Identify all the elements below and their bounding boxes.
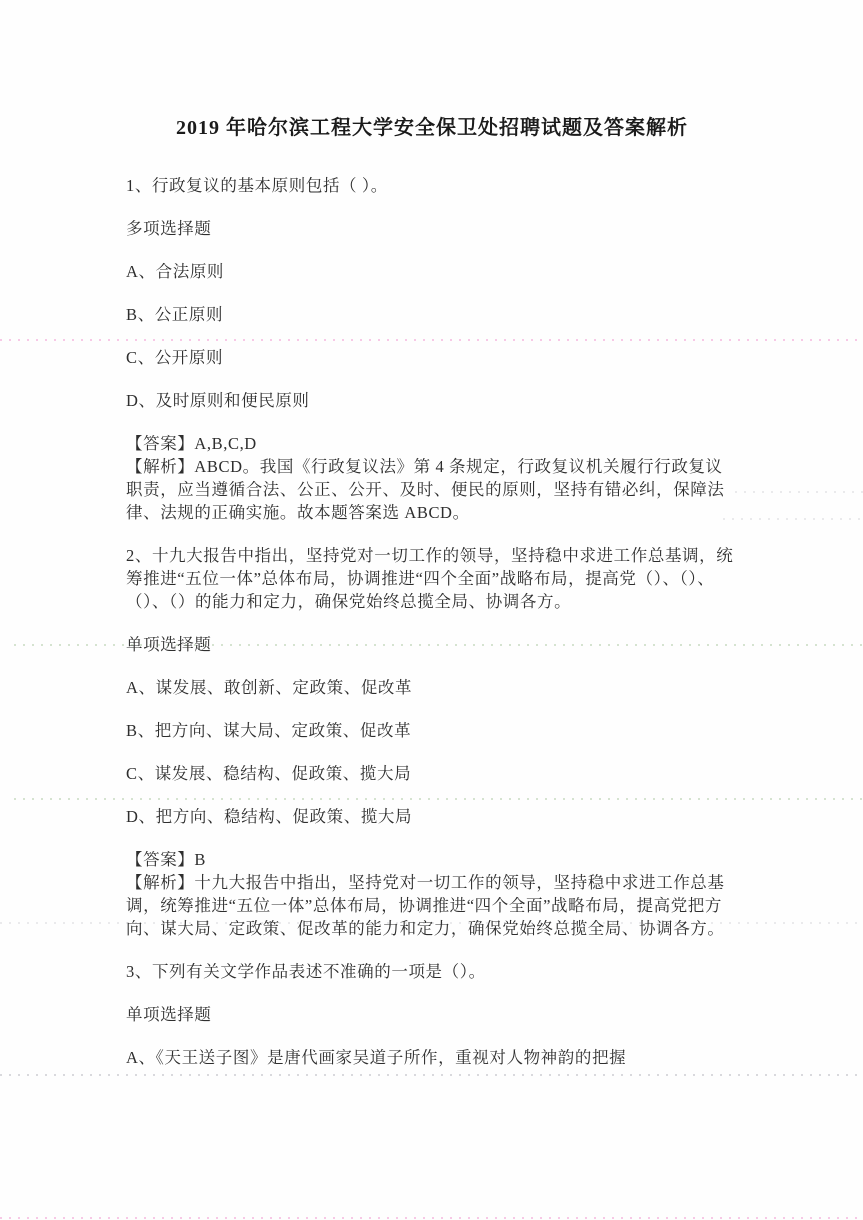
question-type-label: 多项选择题	[126, 217, 738, 240]
question-stem: 2、十九大报告中指出，坚持党对一切工作的领导，坚持稳中求进工作总基调，统筹推进“…	[126, 544, 738, 613]
question-block-3: 3、下列有关文学作品表述不准确的一项是（）。 单项选择题 A、《天王送子图》是唐…	[126, 960, 738, 1069]
analysis-text: 【解析】十九大报告中指出，坚持党对一切工作的领导，坚持稳中求进工作总基调，统筹推…	[126, 871, 738, 940]
option-b: B、把方向、谋大局、定政策、促改革	[126, 719, 738, 742]
question-type-label: 单项选择题	[126, 633, 738, 656]
scan-artifact-line	[723, 518, 863, 520]
option-d: D、及时原则和便民原则	[126, 389, 738, 412]
question-stem: 1、行政复议的基本原则包括（ ）。	[126, 174, 738, 197]
scan-artifact-line	[0, 1217, 863, 1219]
document-title: 2019 年哈尔滨工程大学安全保卫处招聘试题及答案解析	[126, 113, 738, 143]
scan-artifact-line	[735, 491, 863, 493]
document-content: 2019 年哈尔滨工程大学安全保卫处招聘试题及答案解析 1、行政复议的基本原则包…	[126, 113, 738, 1089]
answer-analysis-block: 【答案】B 【解析】十九大报告中指出，坚持党对一切工作的领导，坚持稳中求进工作总…	[126, 848, 738, 940]
question-block-1: 1、行政复议的基本原则包括（ ）。 多项选择题 A、合法原则 B、公正原则 C、…	[126, 174, 738, 524]
question-block-2: 2、十九大报告中指出，坚持党对一切工作的领导，坚持稳中求进工作总基调，统筹推进“…	[126, 544, 738, 940]
question-stem: 3、下列有关文学作品表述不准确的一项是（）。	[126, 960, 738, 983]
option-d: D、把方向、稳结构、促政策、揽大局	[126, 805, 738, 828]
scanned-document-page: 2019 年哈尔滨工程大学安全保卫处招聘试题及答案解析 1、行政复议的基本原则包…	[0, 0, 863, 1220]
option-a: A、合法原则	[126, 260, 738, 283]
option-c: C、谋发展、稳结构、促政策、揽大局	[126, 762, 738, 785]
option-b: B、公正原则	[126, 303, 738, 326]
answer-line: 【答案】B	[126, 848, 738, 871]
option-a: A、谋发展、敢创新、定政策、促改革	[126, 676, 738, 699]
analysis-text: 【解析】ABCD。我国《行政复议法》第 4 条规定，行政复议机关履行行政复议职责…	[126, 455, 738, 524]
option-a: A、《天王送子图》是唐代画家吴道子所作，重视对人物神韵的把握	[126, 1046, 738, 1069]
option-c: C、公开原则	[126, 346, 738, 369]
answer-line: 【答案】A,B,C,D	[126, 432, 738, 455]
answer-analysis-block: 【答案】A,B,C,D 【解析】ABCD。我国《行政复议法》第 4 条规定，行政…	[126, 432, 738, 524]
question-type-label: 单项选择题	[126, 1003, 738, 1026]
